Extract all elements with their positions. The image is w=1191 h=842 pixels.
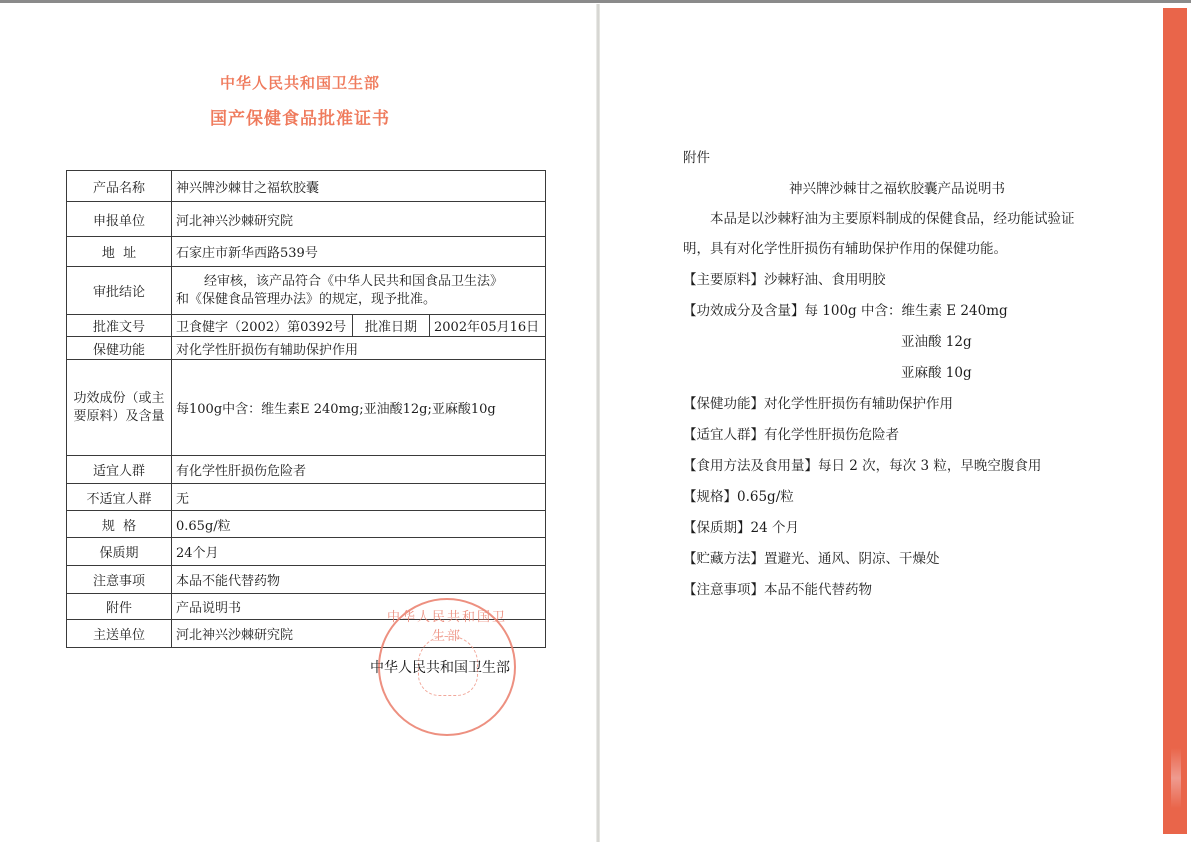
- intro-line-1: 本品是以沙棘籽油为主要原料制成的保健食品，经功能试验证: [710, 207, 1075, 227]
- approval-date-value: 2002年05月16日: [430, 315, 546, 337]
- field-spec: 规格0.65g/粒: [683, 485, 794, 505]
- health-function-label: 保健功能: [67, 337, 172, 360]
- applicant-value: 河北神兴沙棘研究院: [172, 202, 546, 237]
- table-row: 产品名称 神兴牌沙棘甘之福软胶囊: [67, 171, 546, 202]
- field-notes: 注意事项本品不能代替药物: [683, 578, 872, 598]
- conclusion-line-2: 和《保健食品管理办法》的规定，现予批准。: [176, 291, 541, 309]
- intro-line-2: 明，具有对化学性肝损伤有辅助保护作用的保健功能。: [683, 237, 1007, 257]
- suitable-label: 适宜人群: [67, 456, 172, 484]
- conclusion-line-1: 经审核，该产品符合《中华人民共和国食品卫生法》: [176, 273, 541, 291]
- table-row: 注意事项 本品不能代替药物: [67, 566, 546, 594]
- table-row: 不适宜人群 无: [67, 484, 546, 511]
- field-health-function: 保健功能对化学性肝损伤有辅助保护作用: [683, 392, 953, 412]
- ingredients-label-line-1: 功效成份（或主: [67, 390, 171, 408]
- table-row: 规 格 0.65g/粒: [67, 511, 546, 538]
- table-row: 功效成份（或主 要原料）及含量 每100g中含：维生素E 240mg;亚油酸12…: [67, 360, 546, 456]
- health-function-value: 对化学性肝损伤有辅助保护作用: [172, 337, 546, 360]
- table-row: 申报单位 河北神兴沙棘研究院: [67, 202, 546, 237]
- unsuitable-label: 不适宜人群: [67, 484, 172, 511]
- shelf-life-label: 保质期: [67, 538, 172, 566]
- field-suitable-population: 适宜人群有化学性肝损伤危险者: [683, 423, 899, 443]
- spec-value: 0.65g/粒: [172, 511, 546, 538]
- table-row: 适宜人群 有化学性肝损伤危险者: [67, 456, 546, 484]
- unsuitable-value: 无: [172, 484, 546, 511]
- book-spine: [596, 4, 600, 842]
- table-row: 保质期 24个月: [67, 538, 546, 566]
- conclusion-value: 经审核，该产品符合《中华人民共和国食品卫生法》 和《保健食品管理办法》的规定，现…: [172, 267, 546, 315]
- field-shelf-life: 保质期24 个月: [683, 516, 799, 536]
- conclusion-label: 审批结论: [67, 267, 172, 315]
- manual-title: 神兴牌沙棘甘之福软胶囊产品说明书: [789, 177, 1005, 197]
- approval-no-label: 批准文号: [67, 315, 172, 337]
- page-top-edge: [0, 0, 1191, 3]
- field-active-ingredients: 功效成分及含量每 100g 中含：维生素 E 240mg: [683, 299, 1008, 319]
- address-value: 石家庄市新华西路539号: [172, 237, 546, 267]
- ingredients-label: 功效成份（或主 要原料）及含量: [67, 360, 172, 456]
- recipient-label: 主送单位: [67, 620, 172, 648]
- notes-label: 注意事项: [67, 566, 172, 594]
- issuer-header: 中华人民共和国卫生部: [0, 72, 600, 93]
- attachment-label: 附件: [67, 594, 172, 620]
- field-storage: 贮藏方法置避光、通风、阴凉、干燥处: [683, 547, 940, 567]
- table-row: 保健功能 对化学性肝损伤有辅助保护作用: [67, 337, 546, 360]
- certificate-table: 产品名称 神兴牌沙棘甘之福软胶囊 申报单位 河北神兴沙棘研究院 地 址 石家庄市…: [66, 170, 546, 648]
- product-name-value: 神兴牌沙棘甘之福软胶囊: [172, 171, 546, 202]
- ingredient-linoleic: 亚油酸 12g: [901, 330, 972, 350]
- applicant-label: 申报单位: [67, 202, 172, 237]
- field-dosage: 食用方法及食用量每日 2 次，每次 3 粒，早晚空腹食用: [683, 454, 1041, 474]
- issuer-signature: 中华人民共和国卫生部: [370, 657, 510, 677]
- spec-label: 规 格: [67, 511, 172, 538]
- table-row: 地 址 石家庄市新华西路539号: [67, 237, 546, 267]
- product-name-label: 产品名称: [67, 171, 172, 202]
- suitable-value: 有化学性肝损伤危险者: [172, 456, 546, 484]
- address-label: 地 址: [67, 237, 172, 267]
- field-main-ingredients: 主要原料沙棘籽油、食用明胶: [683, 268, 886, 288]
- ingredients-label-line-2: 要原料）及含量: [67, 408, 171, 426]
- shelf-life-value: 24个月: [172, 538, 546, 566]
- ingredients-value: 每100g中含：维生素E 240mg;亚油酸12g;亚麻酸10g: [172, 360, 546, 456]
- certificate-title: 国产保健食品批准证书: [0, 104, 600, 129]
- attachment-label: 附件: [683, 146, 710, 166]
- notes-value: 本品不能代替药物: [172, 566, 546, 594]
- cover-edge-strip: [1163, 8, 1187, 834]
- approval-date-label: 批准日期: [353, 315, 430, 337]
- ingredient-linolenic: 亚麻酸 10g: [901, 361, 972, 381]
- table-row: 审批结论 经审核，该产品符合《中华人民共和国食品卫生法》 和《保健食品管理办法》…: [67, 267, 546, 315]
- approval-no-value: 卫食健字（2002）第0392号: [172, 315, 353, 337]
- table-row: 批准文号 卫食健字（2002）第0392号 批准日期 2002年05月16日: [67, 315, 546, 337]
